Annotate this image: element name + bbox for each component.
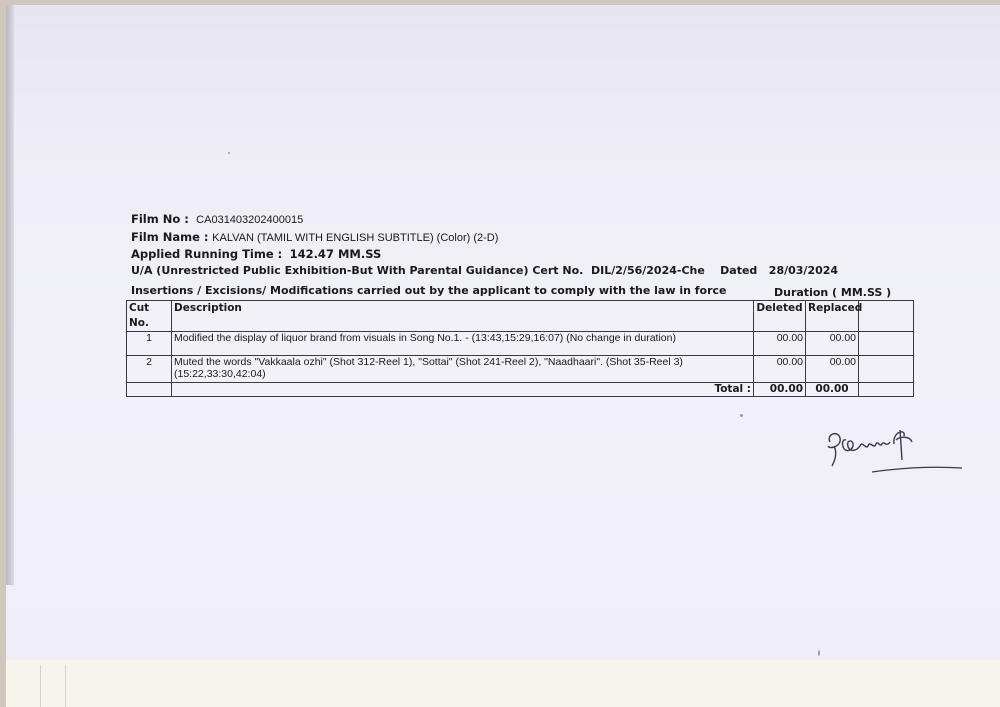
table-row: 2 Muted the words "Vakkaala ozhi" (Shot … — [127, 356, 914, 383]
certificate-category: U/A (Unrestricted Public Exhibition-But … — [131, 264, 529, 277]
total-deleted: 00.00 — [754, 383, 806, 397]
cert-no-value: DIL/2/56/2024-Che — [591, 264, 705, 277]
extra-cell — [859, 383, 914, 397]
film-number-label: Film No : — [131, 212, 189, 226]
duration-heading: Duration ( MM.SS ) — [774, 286, 891, 299]
film-name-line: Film Name : KALVAN (TAMIL WITH ENGLISH S… — [131, 230, 498, 244]
replaced-duration: 00.00 — [806, 356, 859, 383]
running-time-label: Applied Running Time : — [131, 247, 282, 261]
description-line: (15:22,33:30,42:04) — [174, 368, 751, 380]
table-row: 1 Modified the display of liquor brand f… — [127, 332, 914, 356]
header-replaced: Replaced — [806, 301, 859, 332]
film-number-line: Film No : CA031403202400015 — [131, 212, 303, 226]
table-header-row: Cut No. Description Deleted Replaced — [127, 301, 914, 332]
cut-number: 1 — [127, 332, 172, 356]
certificate-document: Film No : CA031403202400015 Film Name : … — [0, 0, 1000, 707]
table-total-row: Total : 00.00 00.00 — [127, 383, 914, 397]
header-description: Description — [172, 301, 754, 332]
total-spacer — [127, 383, 172, 397]
scan-speck — [818, 650, 820, 656]
extra-cell — [859, 332, 914, 356]
section-heading: Insertions / Excisions/ Modifications ca… — [131, 284, 727, 297]
certificate-line: U/A (Unrestricted Public Exhibition-But … — [131, 264, 838, 277]
description-line: Muted the words "Vakkaala ozhi" (Shot 31… — [174, 356, 751, 368]
scan-speck — [228, 152, 230, 154]
header-cut-no: Cut No. — [127, 301, 172, 332]
running-time-line: Applied Running Time : 142.47 MM.SS — [131, 247, 381, 261]
total-label: Total : — [172, 383, 754, 397]
modifications-table: Cut No. Description Deleted Replaced 1 M… — [126, 300, 914, 397]
cut-number: 2 — [127, 356, 172, 383]
cut-description: Muted the words "Vakkaala ozhi" (Shot 31… — [172, 356, 754, 383]
cert-no-label: Cert No. — [532, 264, 583, 277]
film-number-value: CA031403202400015 — [196, 214, 303, 226]
dated-label: Dated — [720, 264, 757, 277]
extra-cell — [859, 356, 914, 383]
deleted-duration: 00.00 — [754, 356, 806, 383]
signature-icon — [820, 420, 970, 480]
header-deleted: Deleted — [754, 301, 806, 332]
film-name-label: Film Name : — [131, 230, 209, 244]
deleted-duration: 00.00 — [754, 332, 806, 356]
replaced-duration: 00.00 — [806, 332, 859, 356]
header-extra — [859, 301, 914, 332]
cut-description: Modified the display of liquor brand fro… — [172, 332, 754, 356]
certificate-date: 28/03/2024 — [769, 264, 838, 277]
scan-speck — [740, 414, 743, 417]
total-replaced: 00.00 — [806, 383, 859, 397]
running-time-value: 142.47 MM.SS — [290, 247, 382, 261]
film-name-value: KALVAN (TAMIL WITH ENGLISH SUBTITLE) (Co… — [212, 232, 498, 244]
